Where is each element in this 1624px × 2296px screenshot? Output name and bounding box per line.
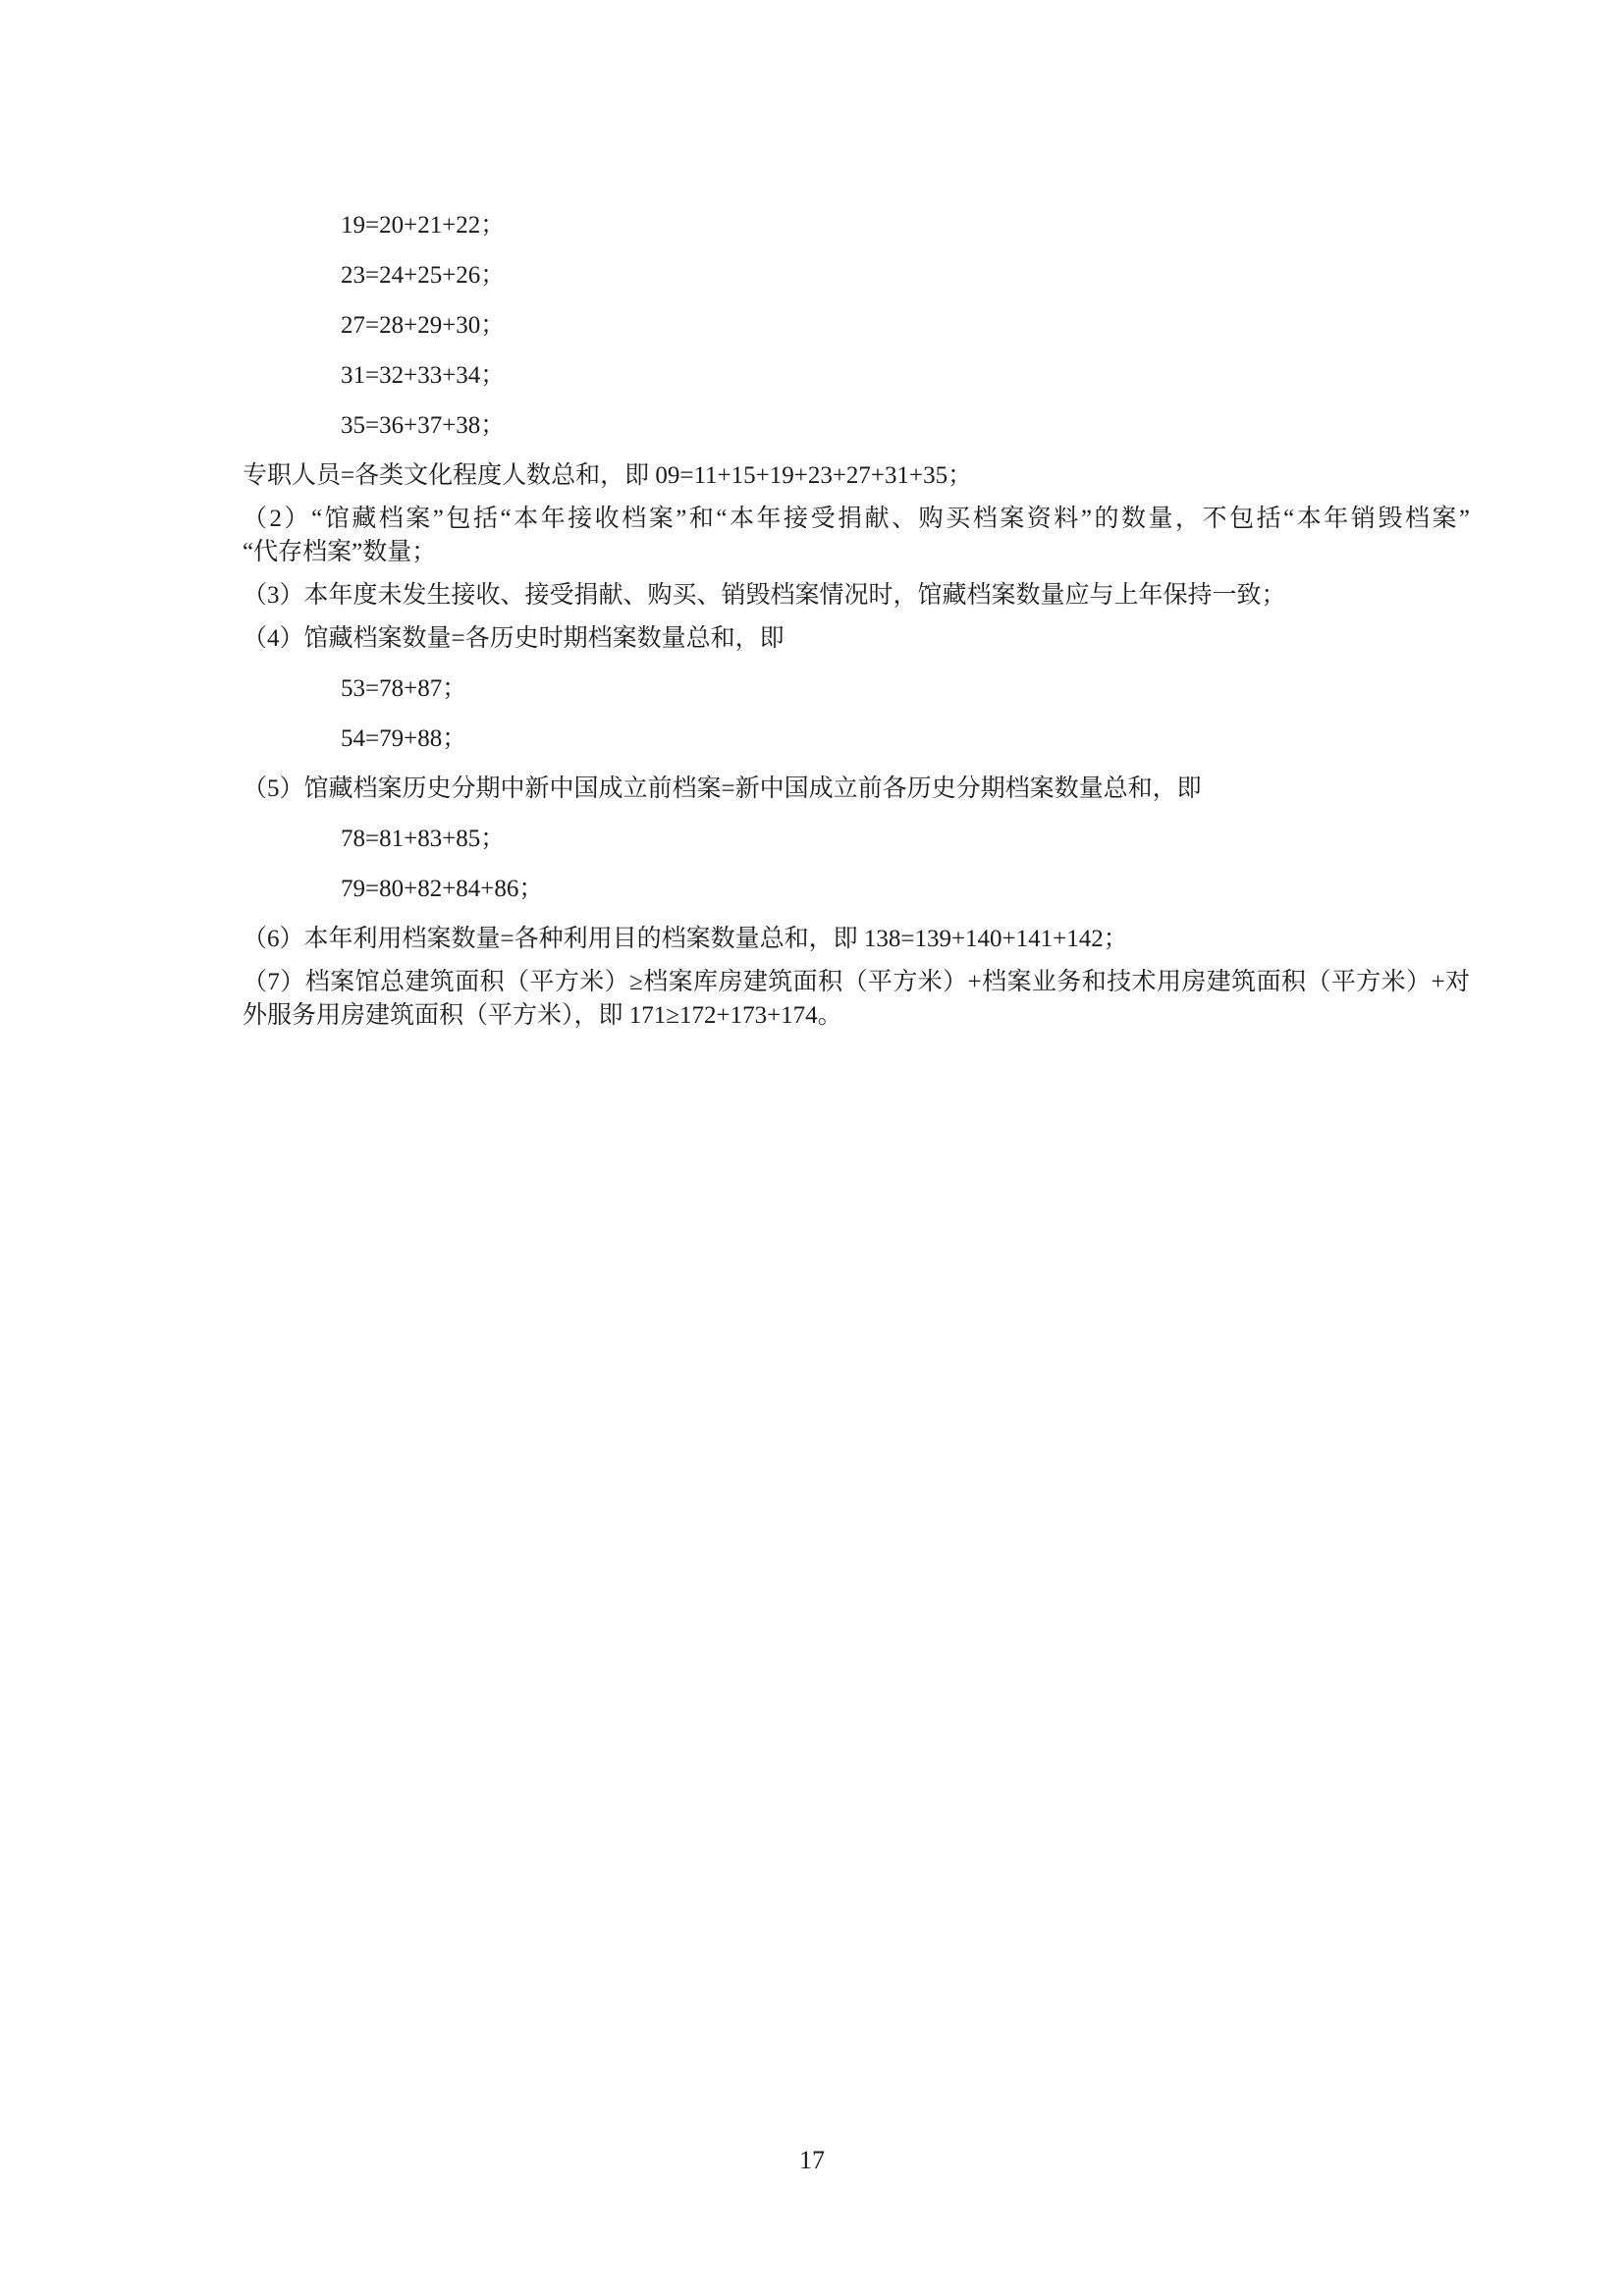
paragraph-note-2-line-1: （2）“馆藏档案”包括“本年接收档案”和“本年接受捐献、购买档案资料”的数量，不… <box>243 503 1470 536</box>
paragraph-note-4-text: （4）馆藏档案数量=各历史时期档案数量总和，即 <box>243 622 1470 656</box>
paragraph-note-3: （3）本年度未发生接收、接受捐献、购买、销毁档案情况时，馆藏档案数量应与上年保持… <box>243 579 1470 613</box>
paragraph-note-2-line-2: “代存档案”数量； <box>243 536 1470 569</box>
paragraph-staff-sum: 专职人员=各类文化程度人数总和，即 09=11+15+19+23+27+31+3… <box>243 459 1470 493</box>
formula-line-31: 31=32+33+34； <box>341 359 1470 393</box>
paragraph-note-5: （5）馆藏档案历史分期中新中国成立前档案=新中国成立前各历史分期档案数量总和，即 <box>243 773 1470 806</box>
paragraph-note-7-line-2: 外服务用房建筑面积（平方米），即 171≥172+173+174。 <box>243 999 1470 1033</box>
paragraph-note-6: （6）本年利用档案数量=各种利用目的档案数量总和，即 138=139+140+1… <box>243 923 1470 956</box>
paragraph-note-7-line-1: （7）档案馆总建筑面积（平方米）≥档案库房建筑面积（平方米）+档案业务和技术用房… <box>243 966 1470 999</box>
formula-line-35: 35=36+37+38； <box>341 409 1470 443</box>
paragraph-note-6-text: （6）本年利用档案数量=各种利用目的档案数量总和，即 138=139+140+1… <box>243 923 1470 956</box>
formula-line-23: 23=24+25+26； <box>341 259 1470 293</box>
formula-line-54: 54=79+88； <box>341 722 1470 756</box>
page-content: 19=20+21+22； 23=24+25+26； 27=28+29+30； 3… <box>243 192 1470 1042</box>
formula-line-27: 27=28+29+30； <box>341 309 1470 343</box>
paragraph-note-2: （2）“馆藏档案”包括“本年接收档案”和“本年接受捐献、购买档案资料”的数量，不… <box>243 503 1470 569</box>
paragraph-staff-sum-text: 专职人员=各类文化程度人数总和，即 09=11+15+19+23+27+31+3… <box>243 459 1470 493</box>
formula-line-79: 79=80+82+84+86； <box>341 873 1470 906</box>
formula-line-19: 19=20+21+22； <box>341 209 1470 242</box>
page-number: 17 <box>0 2146 1624 2175</box>
formula-line-78: 78=81+83+85； <box>341 823 1470 856</box>
formula-line-53: 53=78+87； <box>341 672 1470 706</box>
document-page: 19=20+21+22； 23=24+25+26； 27=28+29+30； 3… <box>0 0 1624 2296</box>
paragraph-note-7: （7）档案馆总建筑面积（平方米）≥档案库房建筑面积（平方米）+档案业务和技术用房… <box>243 966 1470 1033</box>
paragraph-note-4: （4）馆藏档案数量=各历史时期档案数量总和，即 <box>243 622 1470 656</box>
paragraph-note-5-text: （5）馆藏档案历史分期中新中国成立前档案=新中国成立前各历史分期档案数量总和，即 <box>243 773 1470 806</box>
paragraph-note-3-text: （3）本年度未发生接收、接受捐献、购买、销毁档案情况时，馆藏档案数量应与上年保持… <box>243 579 1470 613</box>
